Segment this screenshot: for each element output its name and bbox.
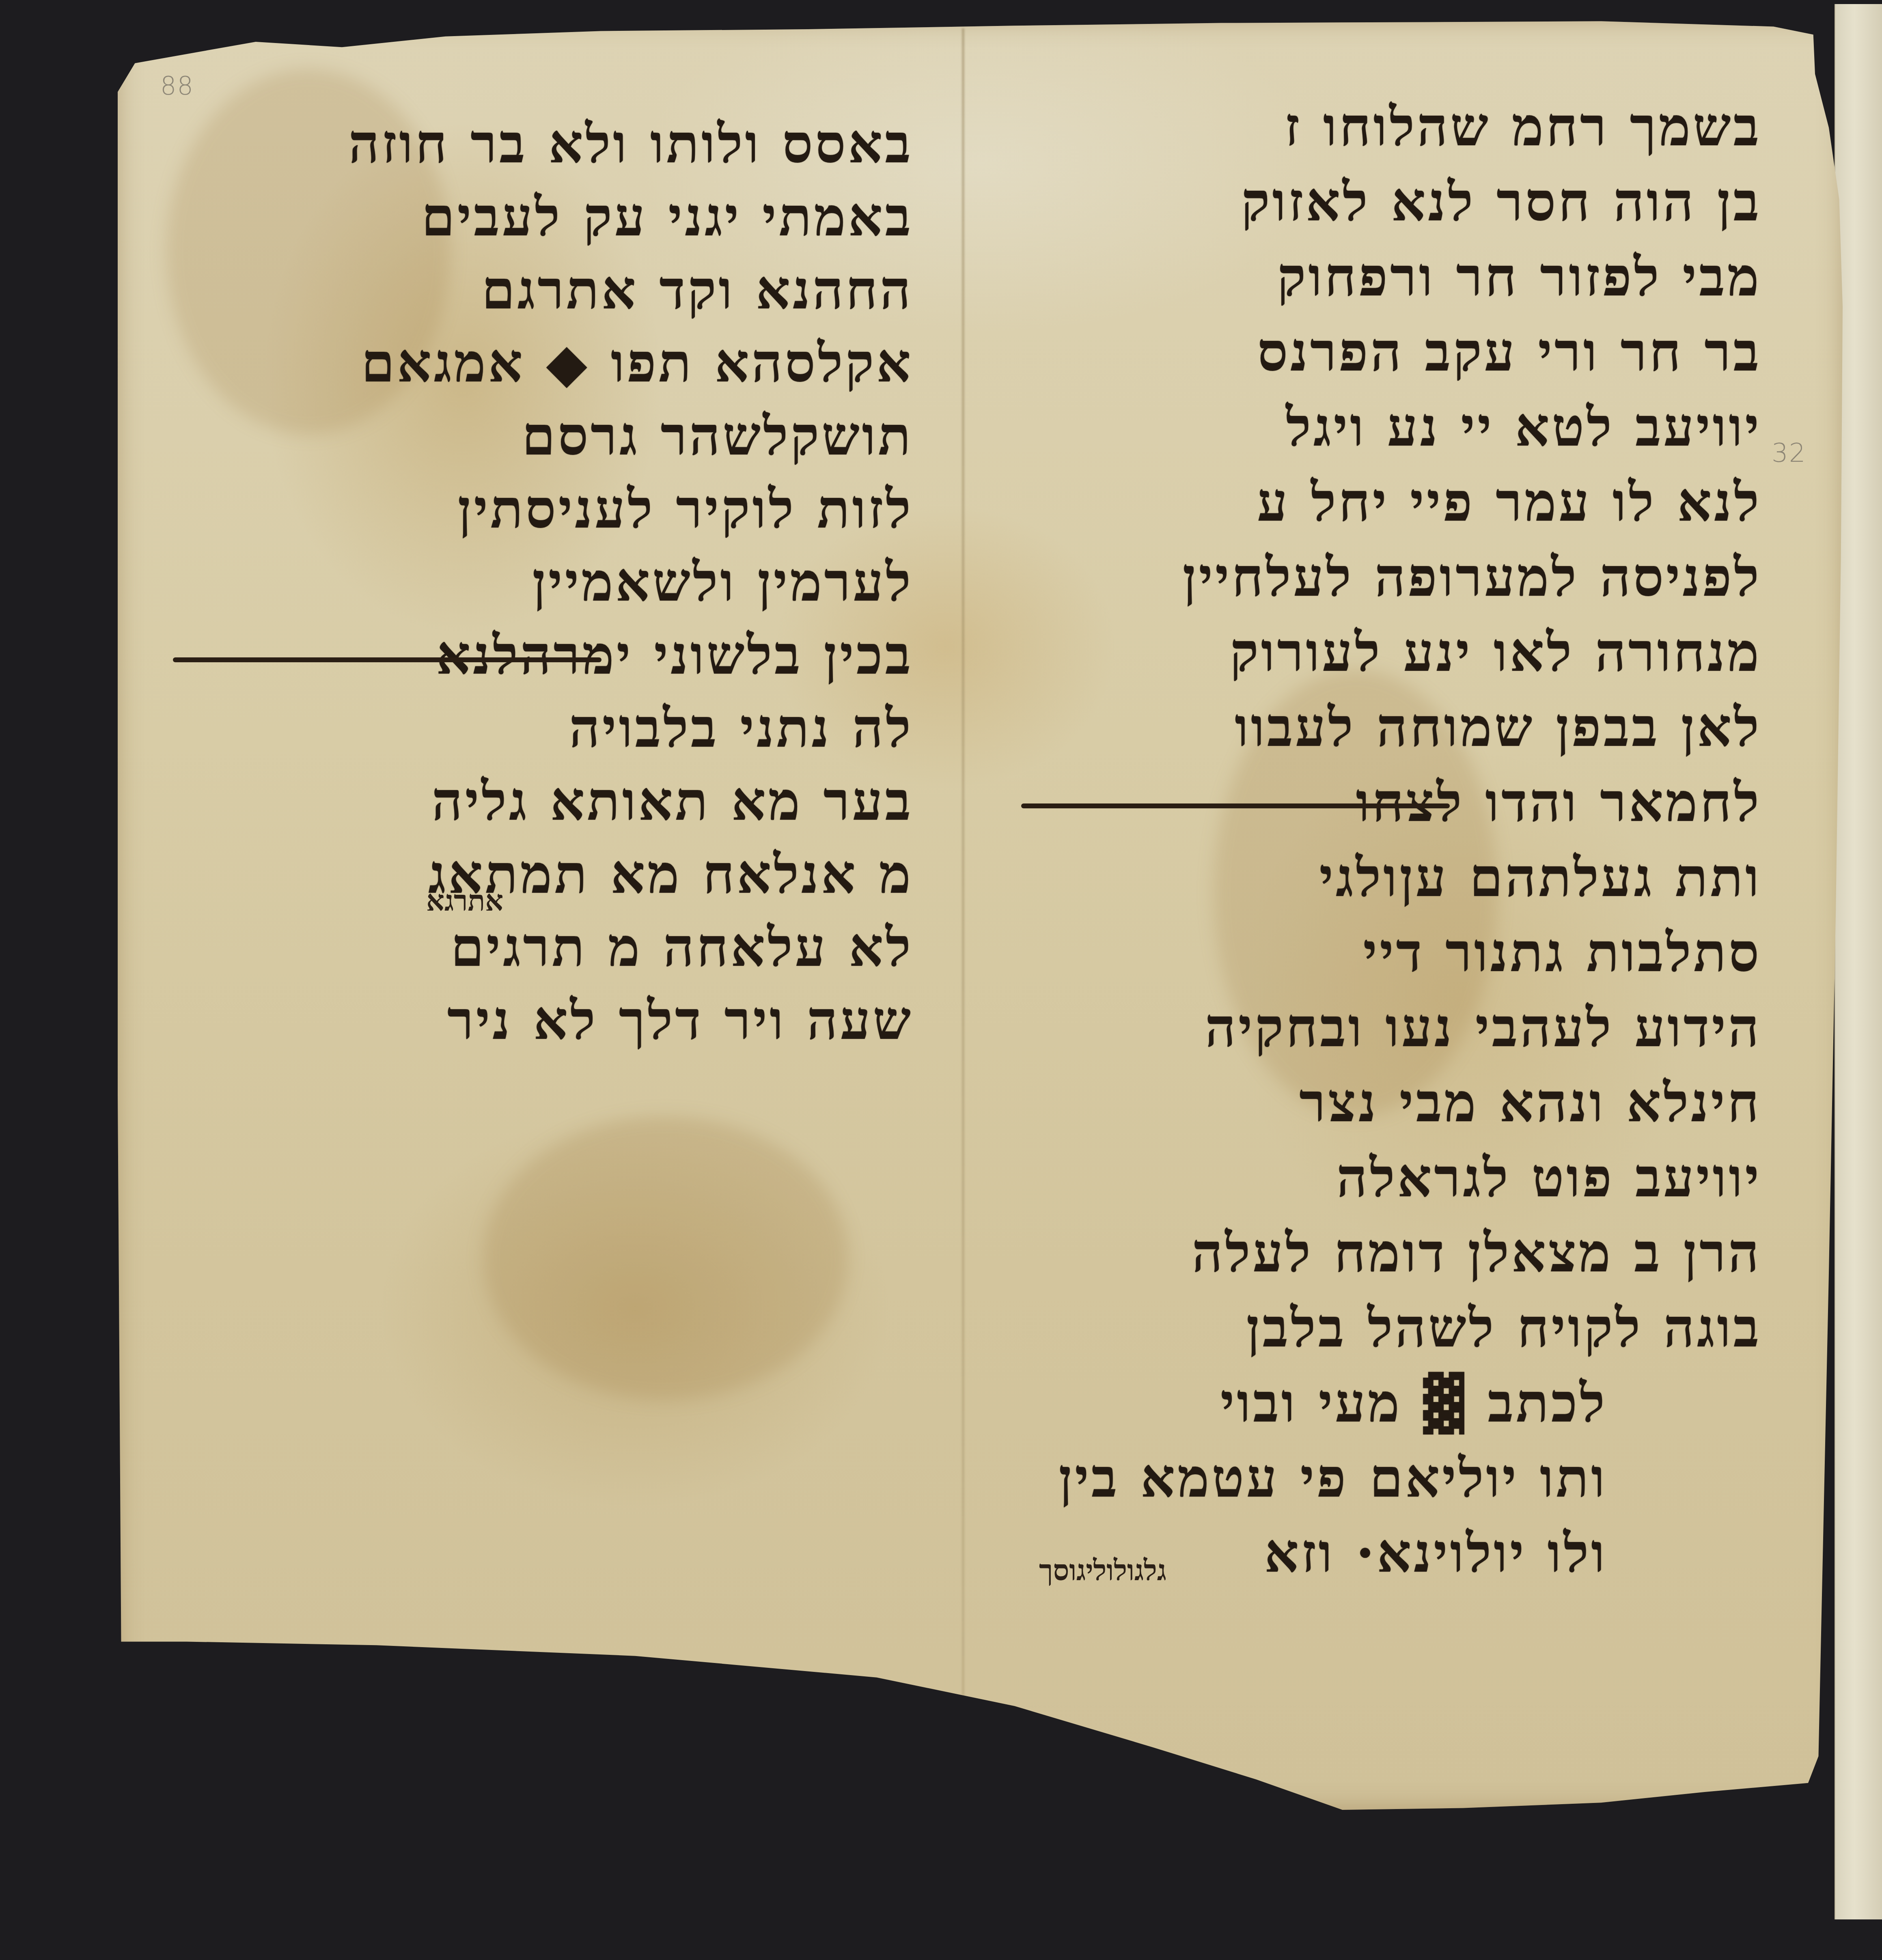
manuscript-line: יוויעב לטא יי נע ויגל — [982, 390, 1761, 465]
folio-number-right-margin: 32 — [1772, 438, 1806, 468]
folio-number-top-left: 88 — [160, 71, 194, 101]
manuscript-line: לאן בבפן שמוחה לעבוו — [982, 690, 1761, 765]
text-column-left: באסס ולותו ולא בר חוזה באמתי יגני עק לעב… — [134, 108, 913, 1057]
interlinear-note-right: גלגולוליגוסך — [1039, 1554, 1166, 1587]
manuscript-line-struck: לחמאר והדו לצחו — [982, 765, 1761, 840]
manuscript-line: לא עלאחה מ תרגים — [134, 911, 913, 984]
manuscript-line: מנחורה לאו ינע לעורוק — [982, 615, 1761, 690]
manuscript-line: באמתי יגני עק לעבים — [134, 181, 913, 254]
manuscript-line: ותו יוליאם פי עטמא בין — [982, 1441, 1761, 1516]
manuscript-line: לנא לו עמר פיי יחל ע — [982, 465, 1761, 540]
manuscript-line: תושקלשהר גרסם — [134, 400, 913, 473]
manuscript-line: בשמך רחמ שהלוחו ז — [982, 89, 1761, 164]
manuscript-line: לערמין ולשאמיין — [134, 546, 913, 619]
manuscript-line: בר חר ורי עקב הפרנס — [982, 314, 1761, 390]
interlinear-note-left: אתרגא — [426, 885, 503, 917]
manuscript-line: לפניסה למערופה לעלחיין — [982, 540, 1761, 615]
text-column-right: בשמך רחמ שהלוחו ז בן הוה חסר לנא לאזוק מ… — [982, 89, 1761, 1591]
water-stain — [483, 1116, 848, 1400]
manuscript-line: חינלא ונהא מבי נצר — [982, 1065, 1761, 1140]
manuscript-line: לכתב ▓ מעי ובוי — [982, 1366, 1761, 1441]
manuscript-line: מבי לפזור חר ורפחוק — [982, 239, 1761, 314]
manuscript-line: סתלבות גתנור דיי — [982, 915, 1761, 990]
manuscript-line: הרן ב מצאלן דומח לעלה — [982, 1215, 1761, 1290]
manuscript-line: אקלסהא תפו ◆ אמגאם — [134, 327, 913, 400]
manuscript-line: בוגה לקויח לשהל בלבן — [982, 1290, 1761, 1366]
manuscript-line: החהנא וקד אתרגם — [134, 254, 913, 327]
manuscript-line: באסס ולותו ולא בר חוזה — [134, 108, 913, 181]
manuscript-line: יוויעב פוט לגראלה — [982, 1140, 1761, 1215]
manuscript-line: ותת געלתהם עןולגי — [982, 840, 1761, 915]
manuscript-line: בער מא תאותא גליה — [134, 765, 913, 838]
column-fold-line — [962, 28, 964, 1814]
manuscript-line: שעה ויר דלך לא ניר — [134, 984, 913, 1057]
manuscript-line: מ אנלאח מא תמתאג — [134, 838, 913, 911]
manuscript-line: בן הוה חסר לנא לאזוק — [982, 164, 1761, 239]
manuscript-line: הידוע לעהבי נעו ובחקיה — [982, 990, 1761, 1065]
manuscript-line-struck: בכין בלשוני ימרהלנא — [134, 619, 913, 692]
manuscript-line: לזות לוקיר לעניסתין — [134, 473, 913, 546]
manuscript-line: לה נתני בלבויה — [134, 692, 913, 765]
